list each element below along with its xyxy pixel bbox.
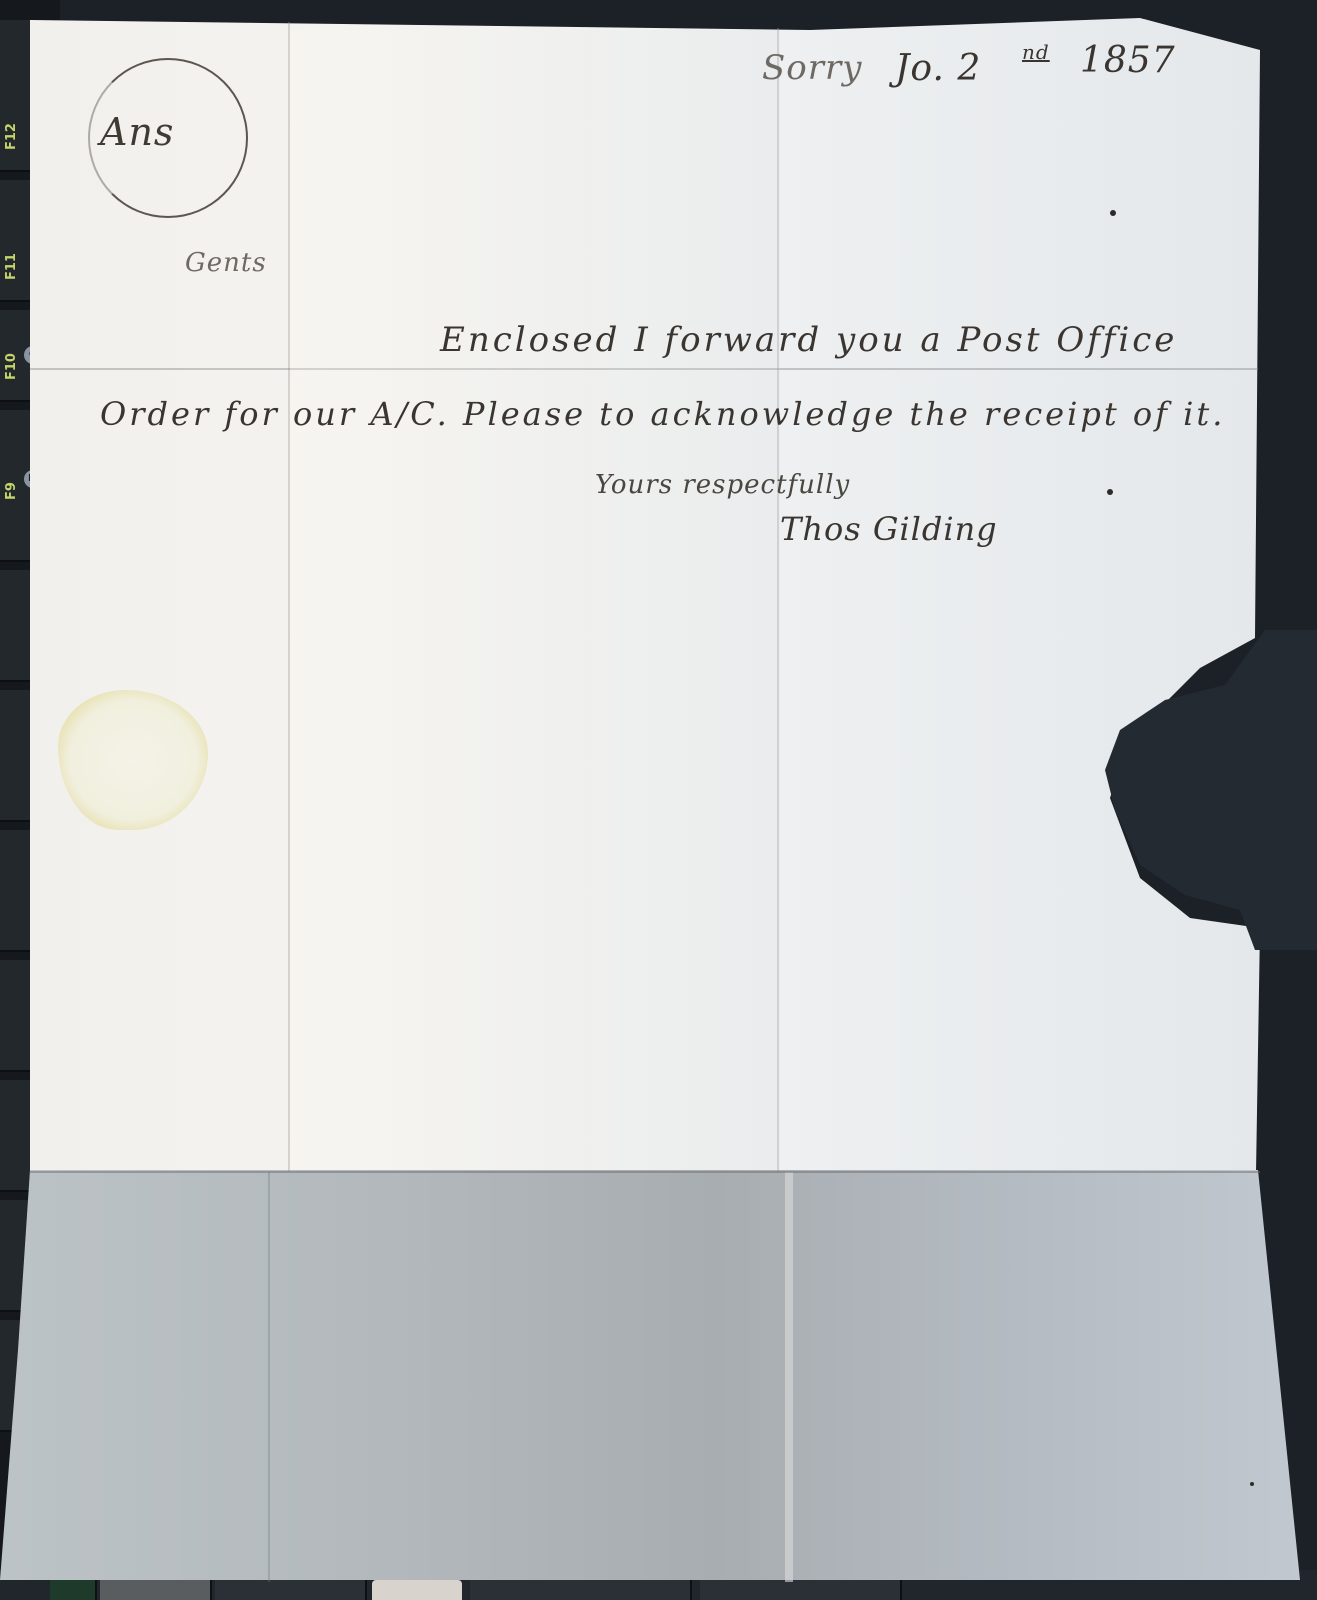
dateline-year: 1857: [1080, 40, 1176, 81]
signature: Thos Gilding: [780, 510, 998, 548]
closing: Yours respectfully: [595, 470, 850, 500]
key-label: F10: [4, 353, 19, 380]
key-label: F11: [4, 253, 19, 280]
letter-paper-lower-fold: [0, 1170, 1300, 1580]
salutation: Gents: [185, 248, 267, 278]
dateline-date: Jo. 2: [895, 48, 981, 89]
keyboard-key: [372, 1580, 462, 1600]
ink-dot: [1107, 489, 1113, 495]
fold-crease: [30, 1171, 1260, 1173]
ink-dot: [1110, 210, 1116, 216]
body-line-1: Enclosed I forward you a Post Office: [440, 320, 1177, 360]
body-line-2: Order for our A/C. Please to acknowledge…: [100, 395, 1225, 433]
key-label: F9: [4, 482, 19, 500]
key-label: F12: [4, 123, 19, 150]
fold-crease: [268, 1172, 270, 1582]
dateline-place: Sorry: [762, 48, 862, 88]
paper-shading: [290, 30, 780, 1170]
ink-dot: [1250, 1482, 1254, 1486]
fold-crease: [785, 1172, 793, 1582]
postmark-text: Ans: [100, 110, 174, 154]
dateline-ordinal: nd: [1022, 40, 1050, 64]
